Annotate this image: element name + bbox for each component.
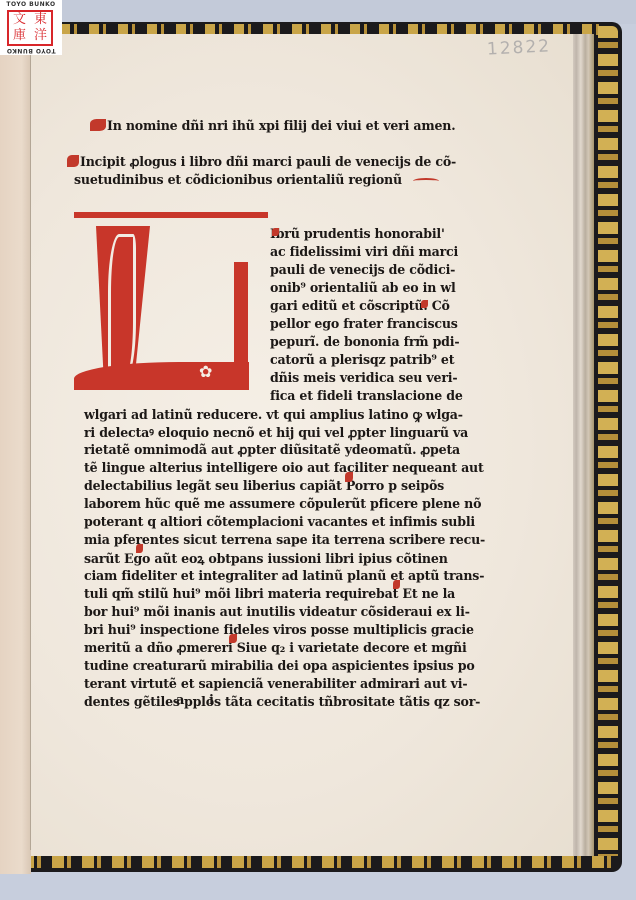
- page-fore-edge: [572, 34, 594, 856]
- heading-line: Incipit ꝓlogus i libro dñi marci pauli d…: [80, 154, 456, 169]
- flower-icon: ✿: [199, 364, 212, 380]
- body-line: rietatẽ omnimodã aut ꝓpter diũsitatẽ yde…: [84, 442, 460, 457]
- body-line: tudine creaturarũ mirabilia dei opa aspi…: [84, 658, 475, 673]
- body-line: wlgari ad latinũ reducere. vt qui ampliu…: [84, 407, 463, 422]
- red-line-filler: [413, 178, 439, 184]
- body-line: fica et fideli translacione de: [270, 388, 463, 403]
- body-line: bri hui⁹ inspectione fideles viros posse…: [84, 622, 474, 637]
- gilt-border-bottom: [22, 856, 620, 868]
- folio-signature: a i: [176, 693, 224, 708]
- rubric-mark-icon: [421, 300, 428, 308]
- rubric-mark-icon: [67, 155, 79, 167]
- body-line: meritũ a dño ꝓmereri Siue q₂ i varietate…: [84, 640, 467, 655]
- seal-icon: 文 東 庫 洋: [7, 10, 53, 46]
- body-line: bor hui⁹ mõi inanis aut inutilis videatu…: [84, 604, 470, 619]
- seal-char: 文: [9, 12, 30, 28]
- pencil-shelfmark: 12822: [487, 36, 552, 59]
- heading-line: In nomine dñi nri ihũ xpi filij dei viui…: [107, 118, 455, 133]
- body-line: ri delectaꝰ eloquio necnõ et hij qui vel…: [84, 425, 468, 440]
- body-line: laborem hũc quẽ me assumere cõpulerũt pf…: [84, 496, 481, 511]
- body-line: tẽ lingue alterius intelligere oio aut f…: [84, 460, 484, 475]
- body-line: dñis meis veridica seu veri-: [270, 370, 457, 385]
- rubric-mark-icon: [393, 580, 400, 589]
- decorated-initial-L: ✿: [74, 212, 270, 390]
- body-line: delectabilius legãt seu liberius capiãt …: [84, 478, 444, 493]
- body-line: pauli de venecijs de cõdici-: [270, 262, 455, 277]
- body-line: tuli qm̃ stilũ hui⁹ mõi libri materia re…: [84, 586, 455, 601]
- body-line: mia pferentes sicut terrena sape ita ter…: [84, 532, 485, 547]
- rubric-mark-icon: [136, 544, 143, 553]
- stamp-bottom-text: TOYO BUNKO: [0, 47, 62, 54]
- initial-top-bar: [74, 212, 268, 218]
- background-strip: [0, 0, 636, 24]
- body-line: ac fidelissimi viri dñi marci: [270, 244, 458, 259]
- facing-page-left: [0, 24, 31, 874]
- rubric-mark-icon: [345, 472, 353, 482]
- rubric-mark-icon: [272, 228, 279, 236]
- gilt-border-right: [598, 26, 618, 866]
- seal-char: 庫: [9, 28, 30, 44]
- seal-char: 洋: [30, 28, 51, 44]
- body-line: poterant q altiori cõtemplacioni vacante…: [84, 514, 475, 529]
- body-line: sarũt Ego aũt eoꝝ obtpans iussioni libri…: [84, 551, 448, 566]
- toyo-bunko-stamp: TOYO BUNKO 文 東 庫 洋 TOYO BUNKO: [0, 0, 62, 55]
- body-line: Ibrũ prudentis honorabil': [270, 226, 445, 241]
- stamp-top-text: TOYO BUNKO: [0, 1, 62, 8]
- body-line: onib⁹ orientaliũ ab eo in wl: [270, 280, 456, 295]
- body-line: ciam fideliter et integraliter ad latinũ…: [84, 568, 484, 583]
- body-line: pellor ego frater franciscus: [270, 316, 458, 331]
- initial-stem-outline: [108, 234, 136, 380]
- initial-foot: [74, 362, 249, 390]
- body-line: dentes gẽtiles pplos tãta cecitatis tñbr…: [84, 694, 480, 709]
- body-line: catorũ a plerisqz patrib⁹ et: [270, 352, 454, 367]
- body-line: terant virtutẽ et sapienciã venerabilite…: [84, 676, 467, 691]
- rubric-mark-icon: [229, 634, 237, 643]
- rubric-mark-icon: [90, 119, 106, 131]
- body-line: pepurĩ. de bononia frm̃ pdi-: [270, 334, 459, 349]
- heading-line: suetudinibus et cõdicionibus orientaliũ …: [74, 172, 402, 187]
- seal-char: 東: [30, 12, 51, 28]
